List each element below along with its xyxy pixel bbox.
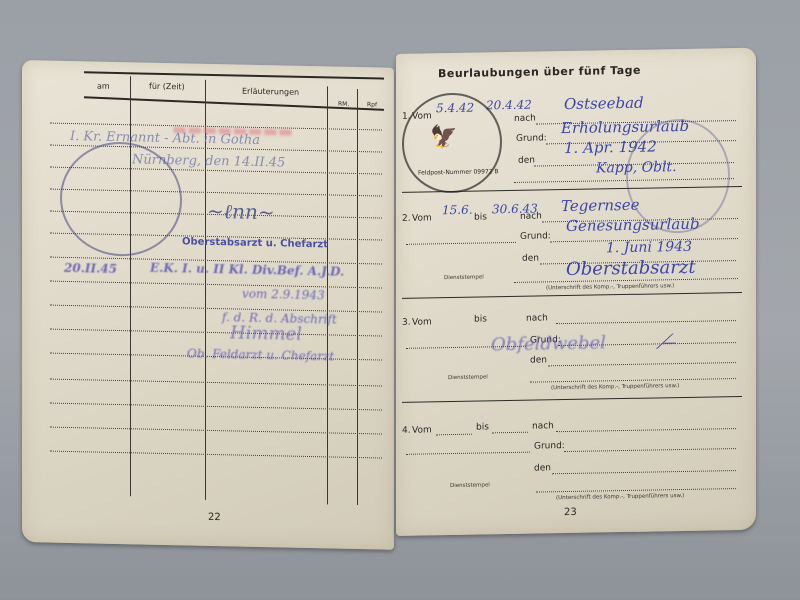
entry-line: E.K. I. u. II Kl. Div.Bef. A.J.D. xyxy=(150,261,344,279)
vom-value: 15.6. xyxy=(442,203,473,218)
den-value: 1. Juni 1943 xyxy=(606,239,692,257)
grund-label: Grund: xyxy=(516,133,547,144)
section-number: 3. xyxy=(402,318,411,328)
round-stamp xyxy=(60,141,182,258)
smudged-signature: Himmel xyxy=(230,322,302,345)
den-label: den xyxy=(534,463,551,473)
den-line xyxy=(548,362,736,366)
dienststempel-label: Dienststempel xyxy=(450,482,490,489)
signature-line xyxy=(536,488,736,492)
smudged-signature: Obfeldwebel xyxy=(491,332,606,355)
nach-label: nach xyxy=(532,421,554,431)
nach-label: nach xyxy=(514,114,536,124)
den-label: den xyxy=(530,355,547,365)
entry-date: 20.II.45 xyxy=(64,261,117,276)
signature-caption: (Unterschrift des Komp.-, Truppenführers… xyxy=(546,283,674,291)
eagle-stamp: 🦅 Feldpost-Nummer 09972 B xyxy=(402,92,502,194)
page-number: 22 xyxy=(208,512,221,523)
ruled-line xyxy=(50,451,382,459)
stamp-title: Oberstabsarzt u. Chefarzt xyxy=(182,236,328,250)
stamp-text: Feldpost-Nummer 09972 B xyxy=(418,168,499,176)
column-divider xyxy=(327,86,328,504)
bis-label: bis xyxy=(474,212,487,222)
grund-line-left xyxy=(406,452,530,455)
header-erlaeuterungen: Erläuterungen xyxy=(242,87,299,97)
header-rule-top xyxy=(84,71,384,79)
den-label: den xyxy=(518,156,535,166)
grund-value: Genesungsurlaub xyxy=(566,215,700,235)
bis-label: bis xyxy=(476,422,489,432)
grund-label: Grund: xyxy=(520,231,551,242)
vom-label: Vom xyxy=(412,425,432,435)
grund-label: Grund: xyxy=(534,441,565,452)
entry-line: vom 2.9.1943 xyxy=(242,287,325,303)
vom-label: Vom xyxy=(412,213,432,223)
signature-caption: (Unterschrift des Komp.-, Truppenführers… xyxy=(556,493,684,501)
signature-line xyxy=(530,378,736,383)
dienststempel-label: Dienststempel xyxy=(448,374,488,381)
dienststempel-label: Dienststempel xyxy=(444,274,484,281)
page-number: 23 xyxy=(564,507,577,518)
bis-value: 20.4.42 xyxy=(486,98,532,113)
signature-caption: (Unterschrift des Komp.-, Truppenführers… xyxy=(551,383,679,391)
grund-line xyxy=(564,448,736,452)
vom-label: Vom xyxy=(412,317,432,327)
ruled-line xyxy=(50,329,382,337)
nach-line xyxy=(556,320,736,324)
ruled-line xyxy=(50,379,382,387)
bis-line xyxy=(492,432,528,434)
den-label: den xyxy=(522,254,539,264)
nach-label: nach xyxy=(526,313,548,323)
den-line xyxy=(552,470,736,474)
section-number: 4. xyxy=(402,426,411,436)
signature: Oberstabsarzt xyxy=(566,257,696,280)
ruled-line xyxy=(50,427,382,435)
section-divider xyxy=(402,396,742,403)
entry-line: Ob. Feldarzt u. Chefarzt xyxy=(187,346,334,363)
header-fuer-zeit: für (Zeit) xyxy=(149,82,185,92)
ruled-line xyxy=(50,403,382,411)
header-am: am xyxy=(97,82,110,91)
left-page: am für (Zeit) Erläuterungen RM. Rpf ▬▬▬▬… xyxy=(22,60,394,550)
nach-label: nach xyxy=(520,211,542,221)
nach-value: Tegernsee xyxy=(561,196,639,215)
nach-value: Ostseebad xyxy=(564,94,644,113)
ink-flourish: ⟋ ̶ xyxy=(656,329,676,353)
section-divider xyxy=(402,292,742,299)
bis-label: bis xyxy=(474,314,487,324)
grund-line-left xyxy=(406,242,516,245)
eagle-icon: 🦅 xyxy=(430,125,457,150)
ruled-line xyxy=(50,281,382,289)
nach-line xyxy=(556,428,736,432)
page-title: Beurlaubungen über fünf Tage xyxy=(438,64,641,81)
vom-line xyxy=(436,434,472,436)
section-number: 2. xyxy=(402,214,411,224)
ruled-line xyxy=(50,305,382,313)
right-page: Beurlaubungen über fünf Tage 1. Vom 5.4.… xyxy=(396,48,756,536)
signature: ~ℓnn~ xyxy=(207,199,275,225)
